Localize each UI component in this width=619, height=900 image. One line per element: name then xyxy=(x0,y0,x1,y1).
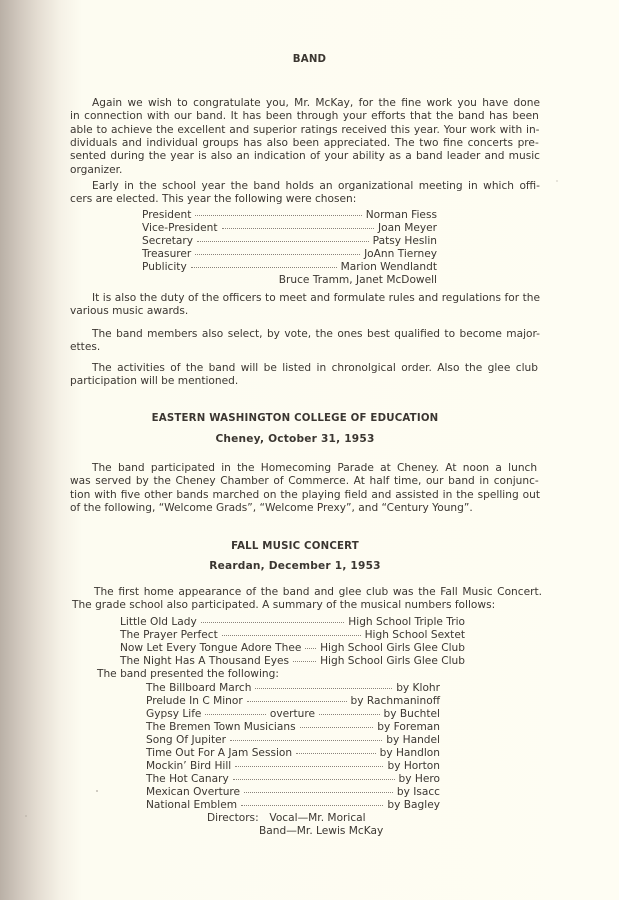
dot-leader xyxy=(293,661,316,662)
document-page: BAND Again we wish to congratulate you, … xyxy=(0,0,619,900)
piece-title: Prelude In C Minor xyxy=(146,695,243,708)
piece-title: Gypsy Life xyxy=(146,708,201,721)
program-row: The Night Has A Thousand Eyes High Schoo… xyxy=(120,655,465,668)
text-line: It is also the duty of the officers to m… xyxy=(92,292,540,305)
text-line: dividuals and individual groups has also… xyxy=(70,137,539,150)
dot-leader xyxy=(235,766,383,767)
composer: by Foreman xyxy=(377,721,440,734)
paper-speck xyxy=(96,790,98,792)
text-line: various music awards. xyxy=(70,305,188,318)
composer: by Horton xyxy=(387,760,440,773)
program-row: National Emblem by Bagley xyxy=(146,799,440,812)
dot-leader xyxy=(197,241,369,242)
band-title: BAND xyxy=(0,54,619,65)
ewce-date: Cheney, October 31, 1953 xyxy=(0,433,590,445)
dot-leader xyxy=(191,267,337,268)
dot-leader xyxy=(222,635,361,636)
text-line: cers are elected. This year the followin… xyxy=(70,193,356,206)
dot-leader xyxy=(205,714,265,715)
dot-leader xyxy=(201,622,345,623)
text-line: The band participated in the Homecoming … xyxy=(92,462,537,475)
officer-name: Bruce Tramm, Janet McDowell xyxy=(279,274,437,287)
performer: High School Girls Glee Club xyxy=(320,655,465,668)
piece-title: Now Let Every Tongue Adore Thee xyxy=(120,642,301,655)
performer: High School Triple Trio xyxy=(348,616,465,629)
piece-title: Little Old Lady xyxy=(120,616,197,629)
program-row: Gypsy Life overture by Buchtel xyxy=(146,708,440,721)
text-line: ettes. xyxy=(70,341,100,354)
piece-title: The Billboard March xyxy=(146,682,251,695)
program-row: The Prayer Perfect High School Sextet xyxy=(120,629,465,642)
piece-title: Mexican Overture xyxy=(146,786,240,799)
text-line: The band members also select, by vote, t… xyxy=(92,328,540,341)
text-line: sented during the year is also an indica… xyxy=(70,150,540,163)
program-row: The Billboard March by Klohr xyxy=(146,682,440,695)
piece-title: Time Out For A Jam Session xyxy=(146,747,292,760)
text-line: Early in the school year the band holds … xyxy=(92,180,540,193)
performer: High School Sextet xyxy=(365,629,465,642)
piece-title: National Emblem xyxy=(146,799,237,812)
text-line: of the following, “Welcome Grads”, “Welc… xyxy=(70,502,473,515)
dot-leader xyxy=(300,727,374,728)
office-label: Secretary xyxy=(142,235,193,248)
program-row: The Bremen Town Musicians by Foreman xyxy=(146,721,440,734)
piece-title: Song Of Jupiter xyxy=(146,734,226,747)
officer-name: JoAnn Tierney xyxy=(364,248,437,261)
text-line: The activities of the band will be liste… xyxy=(92,362,538,375)
officer-row: Publicity Marion Wendlandt xyxy=(142,261,437,274)
officer-name: Patsy Heslin xyxy=(373,235,437,248)
program-row: Now Let Every Tongue Adore Thee High Sch… xyxy=(120,642,465,655)
dot-leader xyxy=(247,701,347,702)
composer: by Buchtel xyxy=(384,708,441,721)
text-line: able to achieve the excellent and superi… xyxy=(70,124,540,137)
dot-leader xyxy=(241,805,383,806)
program-row: Song Of Jupiter by Handel xyxy=(146,734,440,747)
dot-leader xyxy=(195,254,360,255)
fall-concert-title: FALL MUSIC CONCERT xyxy=(0,541,590,552)
director-vocal: Vocal—Mr. Morical xyxy=(269,812,365,824)
composer: by Handlon xyxy=(380,747,440,760)
program-row: The Hot Canary by Hero xyxy=(146,773,440,786)
composer: by Isacc xyxy=(397,786,440,799)
composer: by Handel xyxy=(386,734,440,747)
dot-leader xyxy=(244,792,393,793)
director-band: Band—Mr. Lewis McKay xyxy=(259,825,383,838)
text-line: tion with five other bands marched on th… xyxy=(70,489,540,502)
ewce-title: EASTERN WASHINGTON COLLEGE OF EDUCATION xyxy=(0,413,590,424)
dot-leader xyxy=(255,688,392,689)
dot-leader xyxy=(319,714,379,715)
text-line: in connection with our band. It has been… xyxy=(70,110,539,123)
piece-title: The Prayer Perfect xyxy=(120,629,218,642)
program-row: Prelude In C Minor by Rachmaninoff xyxy=(146,695,440,708)
band-numbers-intro: The band presented the following: xyxy=(97,668,279,681)
text-line: Again we wish to congratulate you, Mr. M… xyxy=(92,97,540,110)
office-label: Publicity xyxy=(142,261,187,274)
dot-leader xyxy=(195,215,361,216)
program-row: Mockin’ Bird Hill by Horton xyxy=(146,760,440,773)
piece-title: The Night Has A Thousand Eyes xyxy=(120,655,289,668)
composer: by Hero xyxy=(399,773,440,786)
piece-title: Mockin’ Bird Hill xyxy=(146,760,231,773)
officer-name: Norman Fiess xyxy=(366,209,437,222)
dot-leader xyxy=(230,740,382,741)
program-row: Time Out For A Jam Session by Handlon xyxy=(146,747,440,760)
officer-row: Vice-President Joan Meyer xyxy=(142,222,437,235)
office-label: President xyxy=(142,209,191,222)
office-label: Vice-President xyxy=(142,222,218,235)
officer-name: Marion Wendlandt xyxy=(341,261,437,274)
directors-line: Directors: Vocal—Mr. Morical xyxy=(207,812,366,825)
text-line: participation will be mentioned. xyxy=(70,375,238,388)
composer: by Klohr xyxy=(396,682,440,695)
piece-note: overture xyxy=(270,708,315,721)
officer-row: Treasurer JoAnn Tierney xyxy=(142,248,437,261)
paper-speck xyxy=(556,180,558,182)
text-line: was served by the Cheney Chamber of Comm… xyxy=(70,475,539,488)
fall-concert-date: Reardan, December 1, 1953 xyxy=(0,560,590,572)
program-row: Mexican Overture by Isacc xyxy=(146,786,440,799)
dot-leader xyxy=(296,753,375,754)
dot-leader xyxy=(222,228,374,229)
office-label: Treasurer xyxy=(142,248,191,261)
composer: by Bagley xyxy=(387,799,440,812)
performer: High School Girls Glee Club xyxy=(320,642,465,655)
paper-speck xyxy=(25,815,27,817)
text-line: organizer. xyxy=(70,164,122,177)
composer: by Rachmaninoff xyxy=(351,695,440,708)
piece-title: The Bremen Town Musicians xyxy=(146,721,296,734)
officer-row: Secretary Patsy Heslin xyxy=(142,235,437,248)
dot-leader xyxy=(233,779,395,780)
officer-name: Joan Meyer xyxy=(378,222,437,235)
text-line: The first home appearance of the band an… xyxy=(94,586,542,599)
dot-leader xyxy=(305,648,316,649)
officer-row: President Norman Fiess xyxy=(142,209,437,222)
text-line: The grade school also participated. A su… xyxy=(72,599,495,612)
program-row: Little Old Lady High School Triple Trio xyxy=(120,616,465,629)
directors-label: Directors: xyxy=(207,812,259,824)
piece-title: The Hot Canary xyxy=(146,773,229,786)
officer-row-continued: Bruce Tramm, Janet McDowell xyxy=(142,274,437,287)
